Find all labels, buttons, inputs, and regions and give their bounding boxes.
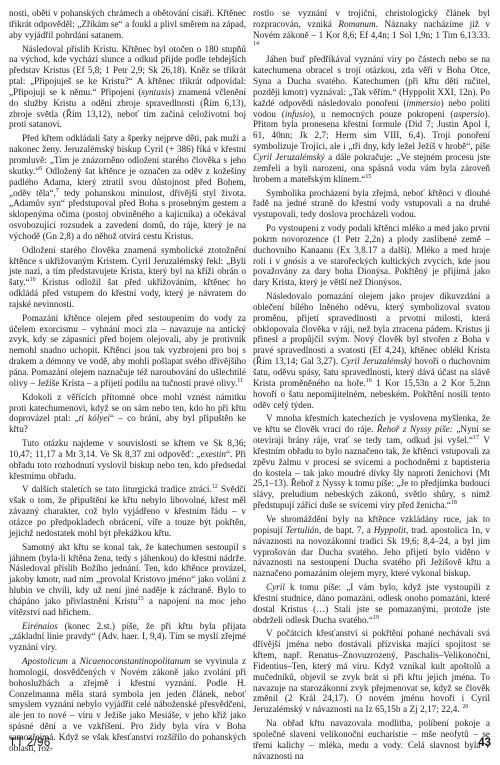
paragraph: Kdokoli z věřících přítomné obce mohl vz… — [9, 392, 246, 435]
paragraph: Jáhen buď předříkával vyznání víry po čá… — [253, 54, 490, 184]
paragraph: rostlo se vyznání v trojiční, christolog… — [253, 8, 490, 51]
paragraph: Samotný akt křtu se konal tak, že katech… — [9, 542, 246, 618]
right-column: rostlo se vyznání v trojiční, christolog… — [253, 8, 490, 765]
paragraph: Následovalo pomazání olejem jako projev … — [253, 291, 490, 410]
paragraph: Cyril k tomu píše: „I vám bylo, když jst… — [253, 582, 490, 625]
journal-issue-label: TT 2/96 — [9, 737, 51, 749]
paragraph: V počátcích křesťanství si pokřtění poha… — [253, 628, 490, 715]
left-column: nosti, obětí v pohanských chrámech a obě… — [9, 8, 246, 765]
paragraph: Eirénaios (konec 2.st.) píše, že při křt… — [9, 621, 246, 654]
page-footer: TT 2/96 43 — [9, 737, 491, 749]
page-number: 43 — [478, 737, 491, 749]
paragraph: nosti, obětí v pohanských chrámech a obě… — [9, 8, 246, 41]
paragraph: Pomazání křtěnce olejem před sestoupením… — [9, 313, 246, 389]
paragraph: V dalších staletích se tato liturgická t… — [9, 484, 246, 538]
paragraph: V mnoha křestních katechezích je vyslove… — [253, 413, 490, 511]
paragraph: Ve shromáždění byly na křtěnce vzkládány… — [253, 514, 490, 579]
paragraph: Následoval příslib Kristu. Křtěnec byl o… — [9, 44, 246, 131]
document-page: nosti, obětí v pohanských chrámech a obě… — [0, 0, 500, 765]
paragraph: Tuto otázku najdeme v souvislosti se křt… — [9, 438, 246, 481]
text-columns: nosti, obětí v pohanských chrámech a obě… — [9, 8, 491, 765]
paragraph: Po vystoupení z vody podali křtěnci mlék… — [253, 223, 490, 288]
paragraph: Odložení starého člověka znamená symboli… — [9, 245, 246, 310]
paragraph: Symbolika procházení byla zřejmá, neboť … — [253, 188, 490, 221]
paragraph: Před křtem odkládali šaty a šperky nejpr… — [9, 133, 246, 241]
